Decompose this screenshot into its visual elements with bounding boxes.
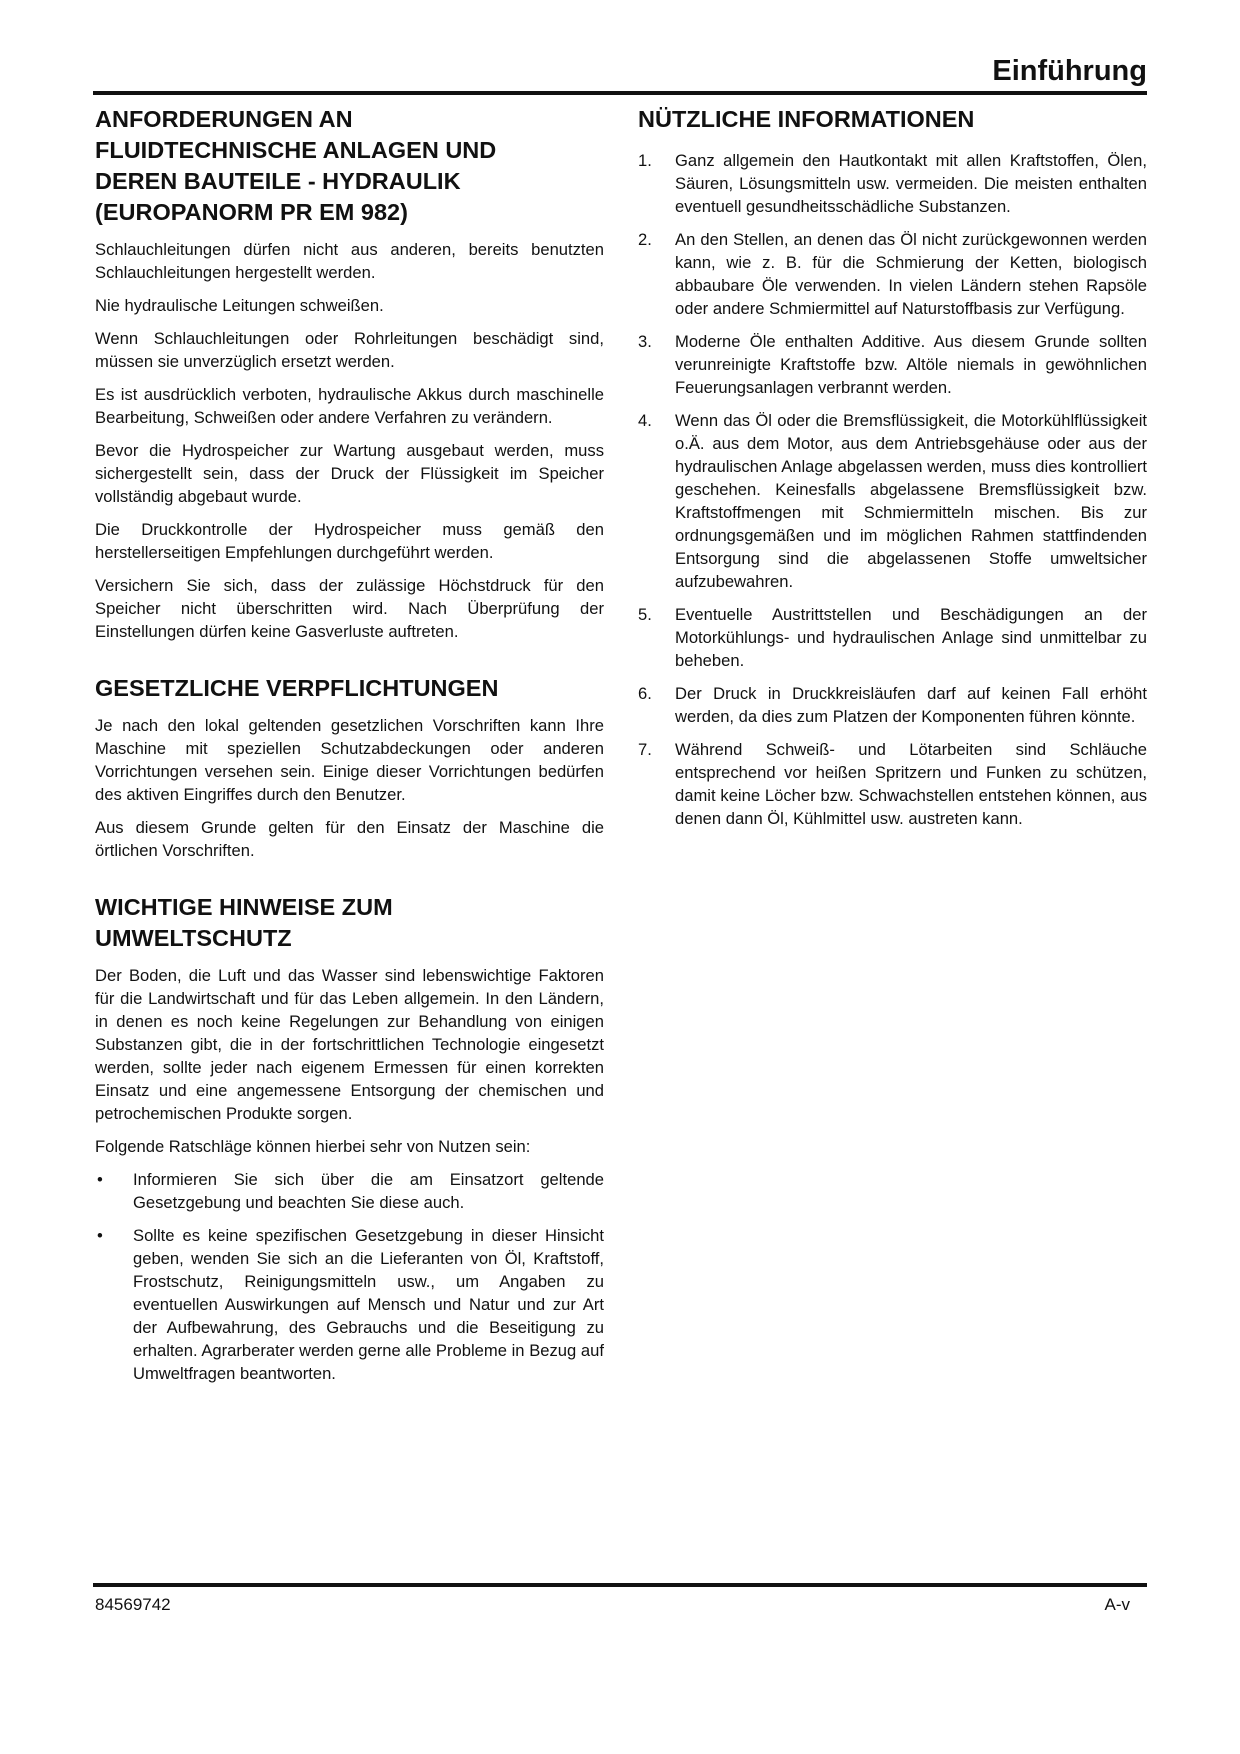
list-item-text: Wenn das Öl oder die Bremsflüssigkeit, d… [675, 411, 1147, 591]
paragraph: Schlauchleitungen dürfen nicht aus ander… [95, 238, 604, 284]
list-item: 7.Während Schweiß- und Lötarbeiten sind … [638, 738, 1147, 830]
paragraph: Je nach den lokal geltenden gesetzlichen… [95, 714, 604, 806]
section-title-environment: WICHTIGE HINWEISE ZUM UMWELTSCHUTZ [95, 892, 604, 954]
bullet-icon: • [97, 1224, 103, 1247]
paragraph: Folgende Ratschläge können hierbei sehr … [95, 1135, 604, 1158]
list-item: 6.Der Druck in Druckkreisläufen darf auf… [638, 682, 1147, 728]
title-line: UMWELTSCHUTZ [95, 923, 604, 954]
list-item: 5.Eventuelle Austrittstellen und Beschäd… [638, 603, 1147, 672]
paragraph: Aus diesem Grunde gelten für den Einsatz… [95, 816, 604, 862]
title-line: (EUROPANORM PR EM 982) [95, 197, 604, 228]
bullet-icon: • [97, 1168, 103, 1191]
list-number: 3. [638, 330, 652, 353]
list-item: • Sollte es keine spezifischen Gesetzgeb… [95, 1224, 604, 1385]
section-environment: WICHTIGE HINWEISE ZUM UMWELTSCHUTZ Der B… [95, 892, 604, 1385]
list-item-text: Eventuelle Austrittstellen und Beschädig… [675, 605, 1147, 670]
header-rule [93, 91, 1147, 95]
left-column: ANFORDERUNGEN AN FLUIDTECHNISCHE ANLAGEN… [95, 104, 604, 1411]
list-item: 4.Wenn das Öl oder die Bremsflüssigkeit,… [638, 409, 1147, 593]
section-title-useful-information: NÜTZLICHE INFORMATIONEN [638, 104, 1147, 135]
list-item: 2.An den Stellen, an denen das Öl nicht … [638, 228, 1147, 320]
list-item-text: Moderne Öle enthalten Additive. Aus dies… [675, 332, 1147, 397]
section-title-hydraulics-requirements: ANFORDERUNGEN AN FLUIDTECHNISCHE ANLAGEN… [95, 104, 604, 228]
list-number: 2. [638, 228, 652, 251]
title-line: DEREN BAUTEILE - HYDRAULIK [95, 166, 604, 197]
paragraph: Versichern Sie sich, dass der zulässige … [95, 574, 604, 643]
list-item-text: Informieren Sie sich über die am Einsatz… [133, 1170, 604, 1212]
list-item: 1.Ganz allgemein den Hautkontakt mit all… [638, 149, 1147, 218]
paragraph: Es ist ausdrücklich verboten, hydraulisc… [95, 383, 604, 429]
list-number: 7. [638, 738, 652, 761]
list-number: 1. [638, 149, 652, 172]
advice-list: • Informieren Sie sich über die am Einsa… [95, 1168, 604, 1385]
list-item: • Informieren Sie sich über die am Einsa… [95, 1168, 604, 1214]
list-item-text: An den Stellen, an denen das Öl nicht zu… [675, 230, 1147, 318]
document-number: 84569742 [95, 1595, 171, 1615]
list-item-text: Während Schweiß- und Lötarbeiten sind Sc… [675, 740, 1147, 828]
paragraph: Wenn Schlauchleitungen oder Rohrleitunge… [95, 327, 604, 373]
footer-rule [93, 1583, 1147, 1587]
section-title-legal-obligations: GESETZLICHE VERPFLICHTUNGEN [95, 673, 604, 704]
list-number: 4. [638, 409, 652, 432]
list-item: 3.Moderne Öle enthalten Additive. Aus di… [638, 330, 1147, 399]
list-number: 5. [638, 603, 652, 626]
paragraph: Bevor die Hydrospeicher zur Wartung ausg… [95, 439, 604, 508]
list-item-text: Ganz allgemein den Hautkontakt mit allen… [675, 151, 1147, 216]
right-column: NÜTZLICHE INFORMATIONEN 1.Ganz allgemein… [638, 104, 1147, 840]
paragraph: Nie hydraulische Leitungen schweißen. [95, 294, 604, 317]
title-line: FLUIDTECHNISCHE ANLAGEN UND [95, 135, 604, 166]
list-item-text: Sollte es keine spezifischen Gesetzgebun… [133, 1226, 604, 1383]
paragraph: Der Boden, die Luft und das Wasser sind … [95, 964, 604, 1125]
title-line: ANFORDERUNGEN AN [95, 104, 604, 135]
paragraph: Die Druckkontrolle der Hydrospeicher mus… [95, 518, 604, 564]
list-number: 6. [638, 682, 652, 705]
page-header-title: Einführung [992, 55, 1147, 88]
list-item-text: Der Druck in Druckkreisläufen darf auf k… [675, 684, 1147, 726]
useful-information-list: 1.Ganz allgemein den Hautkontakt mit all… [638, 149, 1147, 830]
title-line: WICHTIGE HINWEISE ZUM [95, 892, 604, 923]
section-legal-obligations: GESETZLICHE VERPFLICHTUNGEN Je nach den … [95, 673, 604, 862]
page-number: A-v [1105, 1595, 1131, 1615]
section-hydraulics-requirements: ANFORDERUNGEN AN FLUIDTECHNISCHE ANLAGEN… [95, 104, 604, 643]
